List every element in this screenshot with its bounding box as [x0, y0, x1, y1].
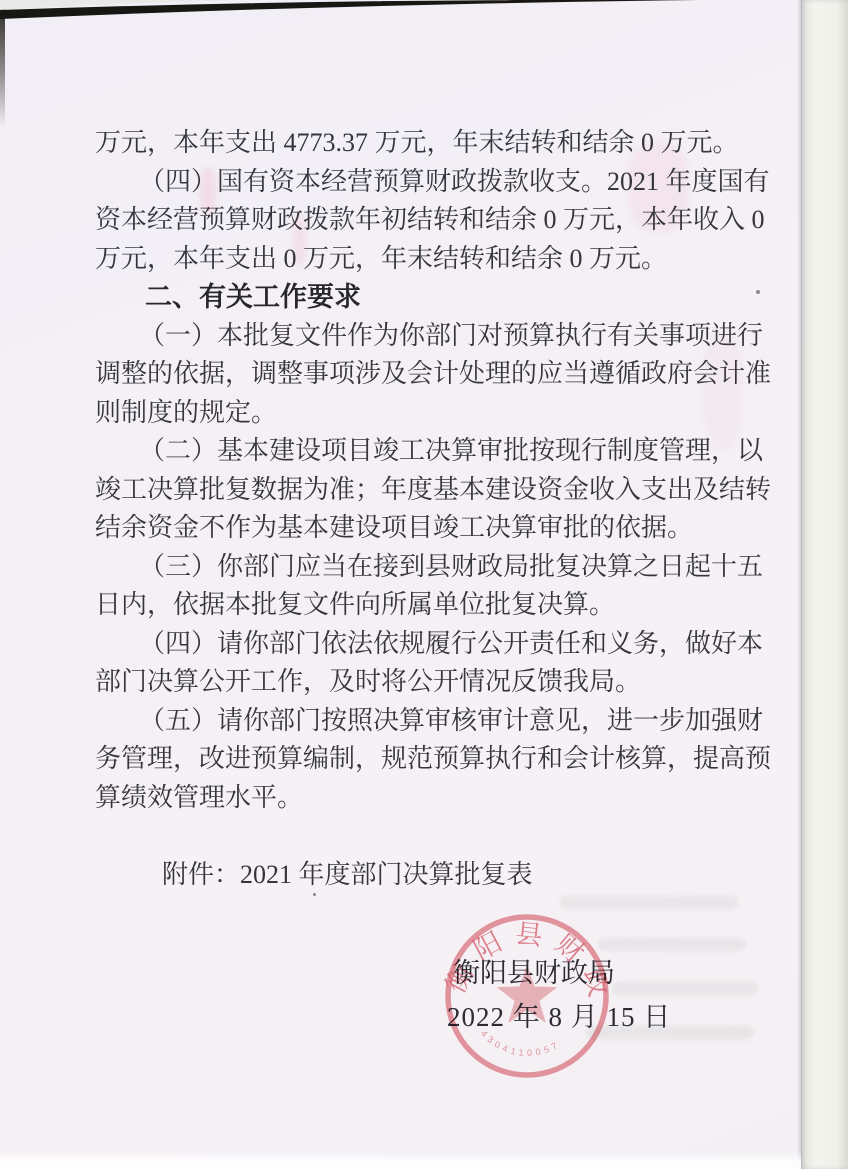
seal-code: 4304110057: [479, 1028, 562, 1058]
body-line: 日内，依据本批复文件向所属单位批复决算。: [95, 586, 795, 625]
body-line: 竣工决算批复数据为准；年度基本建设资金收入支出及结转: [95, 471, 795, 510]
ink-bleed-mark: [612, 982, 758, 995]
body-line: 结余资金不作为基本建设项目竣工决算审批的依据。: [95, 509, 795, 548]
body-line: （一）本批复文件作为你部门对预算执行有关事项进行: [95, 317, 795, 356]
body-line: 资本经营预算财政拨款年初结转和结余 0 万元，本年收入 0: [95, 201, 795, 240]
body-line: 部门决算公开工作，及时将公开情况反馈我局。: [95, 663, 795, 702]
body-line: 算绩效管理水平。: [95, 779, 795, 818]
body-line: （二）基本建设项目竣工决算审批按现行制度管理，以: [95, 432, 795, 471]
section-heading: 二、有关工作要求: [95, 278, 795, 317]
body-line: （五）请你部门按照决算审核审计意见，进一步加强财: [95, 702, 795, 741]
scanned-page: 万元，本年支出 4773.37 万元，年末结转和结余 0 万元。 （四）国有资本…: [0, 0, 848, 1169]
paper-right-edge-shadow: [797, 0, 802, 1169]
scan-bottom-strip: [0, 1152, 801, 1169]
body-line: 务管理，改进预算编制，规范预算执行和会计核算，提高预: [95, 740, 795, 779]
document-body: 万元，本年支出 4773.37 万元，年末结转和结余 0 万元。 （四）国有资本…: [95, 124, 795, 817]
body-line: （四）请你部门依法依规履行公开责任和义务，做好本: [95, 625, 795, 664]
scanner-edge-band: [801, 0, 848, 1169]
body-line: 则制度的规定。: [95, 394, 795, 433]
body-line: （四）国有资本经营预算财政拨款收支。2021 年度国有: [95, 163, 795, 202]
seal-code-container: 4304110057: [479, 1028, 562, 1058]
body-line: 万元，本年支出 0 万元，年末结转和结余 0 万元。: [95, 240, 795, 279]
body-line: 万元，本年支出 4773.37 万元，年末结转和结余 0 万元。: [95, 124, 795, 163]
ink-bleed-mark: [598, 938, 746, 951]
scan-top-edge-artifact: [0, 0, 848, 40]
star-icon: [497, 965, 558, 1023]
official-seal: 衡阳县财政局 4304110057: [437, 906, 617, 1086]
body-line: （三）你部门应当在接到县财政局批复决算之日起十五: [95, 548, 795, 587]
body-line: 调整的依据，调整事项涉及会计处理的应当遵循政府会计准: [95, 355, 795, 394]
attachment-line: 附件：2021 年度部门决算批复表: [162, 856, 533, 894]
